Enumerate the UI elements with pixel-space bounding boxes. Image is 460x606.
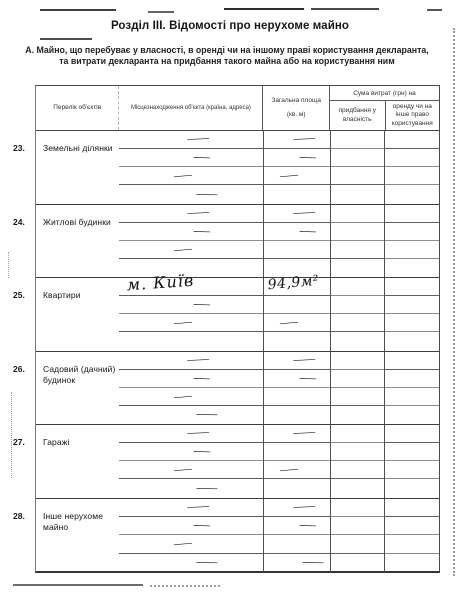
cell-location: — — — — <box>119 352 263 425</box>
table-row-apartments: 25. Квартири м. Київ — — 94,9м² — <box>36 278 439 352</box>
write-line <box>385 185 439 203</box>
write-line <box>385 278 439 296</box>
scan-artifact-line <box>427 9 442 11</box>
write-line: — <box>119 479 263 497</box>
dash-mark: — <box>172 539 193 551</box>
dash-mark: — <box>192 152 210 164</box>
subtitle-line-1: А. Майно, що перебуває у власності, в ор… <box>12 45 442 56</box>
row-label-cell: Земельні ділянки <box>36 131 119 204</box>
write-line <box>385 296 439 314</box>
write-line: — <box>264 499 330 517</box>
table-row-residential-houses: 24. Житлові будинки — — — — — <box>36 205 439 279</box>
cell-purchase <box>330 352 385 425</box>
row-number: 27. <box>13 437 25 447</box>
write-line: — <box>119 499 263 517</box>
dash-mark: — <box>172 171 193 183</box>
cell-area: — — — <box>263 131 330 204</box>
row-label-cell: Квартири <box>36 278 119 351</box>
write-line: — <box>264 554 330 572</box>
write-line <box>331 352 385 370</box>
scan-artifact-line <box>148 11 174 13</box>
write-line: — <box>119 167 263 185</box>
cell-area: — — <box>263 352 330 425</box>
cell-purchase <box>330 425 385 498</box>
write-line: — <box>264 149 330 167</box>
column-group-expenses: Сума витрат (грн) на придбання у власніс… <box>329 86 439 130</box>
write-line <box>331 554 385 572</box>
dash-mark: — <box>278 465 299 477</box>
write-line: — <box>119 314 263 332</box>
cell-rent <box>384 205 439 278</box>
write-line: — <box>264 131 330 149</box>
write-line: — <box>119 517 263 535</box>
write-line: — <box>119 443 263 461</box>
row-label: Садовий (дачний) будинок <box>43 364 115 385</box>
write-line <box>264 332 330 350</box>
row-label: Квартири <box>43 290 81 300</box>
property-table: Перелік об'єктів Місцезнаходження об'єкт… <box>35 85 440 573</box>
dash-mark: — <box>292 427 317 439</box>
write-line <box>385 370 439 388</box>
write-line: — <box>264 167 330 185</box>
write-line: — <box>264 205 330 223</box>
row-number: 23. <box>13 143 25 153</box>
write-line: — <box>119 535 263 553</box>
write-line <box>331 278 385 296</box>
cell-rent <box>384 131 439 204</box>
write-line <box>385 461 439 479</box>
table-header: Перелік об'єктів Місцезнаходження об'єкт… <box>36 86 439 131</box>
page-title: Розділ III. Відомості про нерухоме майно <box>30 20 430 32</box>
write-line <box>385 517 439 535</box>
write-line: — <box>119 149 263 167</box>
write-line <box>331 535 385 553</box>
dash-mark: — <box>298 520 316 532</box>
dash-mark: — <box>301 557 324 568</box>
write-line <box>331 149 385 167</box>
write-line: — <box>264 425 330 443</box>
write-line: — <box>119 370 263 388</box>
column-header-expenses-group: Сума витрат (грн) на <box>330 86 439 101</box>
row-label-cell: Садовий (дачний) будинок <box>36 352 119 425</box>
write-line <box>385 332 439 350</box>
table-row-garden-house: 26. Садовий (дачний) будинок — — — — — — <box>36 352 439 426</box>
write-line: — <box>119 425 263 443</box>
write-line <box>331 241 385 259</box>
write-line <box>264 388 330 406</box>
write-line <box>331 223 385 241</box>
dash-mark: — <box>172 465 193 477</box>
cell-rent <box>384 278 439 351</box>
scan-artifact-line <box>311 8 379 10</box>
column-header-objects: Перелік об'єктів <box>36 86 118 130</box>
row-label: Гаражі <box>43 437 69 447</box>
scan-artifact-dotted-line <box>8 252 9 278</box>
write-line: — <box>119 185 263 203</box>
write-line <box>385 241 439 259</box>
write-line <box>385 167 439 185</box>
dash-mark: — <box>292 133 317 145</box>
cell-purchase <box>330 278 385 351</box>
write-line <box>385 388 439 406</box>
dash-mark: — <box>186 501 211 513</box>
write-line <box>385 205 439 223</box>
column-header-purchase: придбання у власність <box>330 101 385 130</box>
dash-mark: — <box>186 427 211 439</box>
write-line: — <box>264 223 330 241</box>
dash-mark: — <box>298 373 316 385</box>
handwritten-location: м. Київ <box>126 271 195 295</box>
row-label: Інше нерухоме майно <box>43 511 103 532</box>
dash-mark: — <box>172 244 193 256</box>
write-line: — <box>119 296 263 314</box>
dash-mark: — <box>186 207 211 219</box>
column-header-location: Місцезнаходження об'єкта (країна, адреса… <box>118 86 262 130</box>
dash-mark: — <box>192 446 210 458</box>
row-number: 24. <box>13 217 25 227</box>
scan-artifact-line <box>224 8 304 10</box>
write-line <box>331 499 385 517</box>
dash-mark: — <box>298 152 316 164</box>
write-line <box>385 425 439 443</box>
table-row-garages: 27. Гаражі — — — — — — <box>36 425 439 499</box>
write-line <box>331 131 385 149</box>
column-header-area-line1: Загальна площа <box>271 97 321 106</box>
write-line <box>331 406 385 424</box>
write-line <box>385 499 439 517</box>
write-line <box>331 332 385 350</box>
write-line: — <box>119 223 263 241</box>
cell-location: — — — — <box>119 425 263 498</box>
dash-mark: — <box>292 354 317 366</box>
cell-area: — — <box>263 205 330 278</box>
write-line <box>385 352 439 370</box>
dash-mark: — <box>298 226 316 238</box>
write-line: — <box>264 352 330 370</box>
cell-purchase <box>330 205 385 278</box>
cell-rent <box>384 499 439 573</box>
dash-mark: — <box>192 520 210 532</box>
scan-artifact-line <box>13 584 143 586</box>
write-line <box>331 205 385 223</box>
write-line <box>331 296 385 314</box>
write-line: — <box>264 517 330 535</box>
section-a-subtitle: А. Майно, що перебуває у власності, в ор… <box>12 45 442 66</box>
write-line: — <box>119 131 263 149</box>
dash-mark: — <box>292 501 317 513</box>
dash-mark: — <box>192 299 210 311</box>
write-line <box>264 406 330 424</box>
write-line: 94,9м² <box>264 278 330 296</box>
cell-location: — — — — <box>119 499 263 573</box>
dash-mark: — <box>278 318 299 330</box>
dash-mark: — <box>195 189 218 200</box>
write-line <box>264 479 330 497</box>
row-number: 28. <box>13 511 25 521</box>
write-line <box>385 149 439 167</box>
write-line <box>331 479 385 497</box>
dash-mark: — <box>186 354 211 366</box>
row-number: 25. <box>13 290 25 300</box>
write-line <box>385 131 439 149</box>
row-label: Земельні ділянки <box>43 143 113 153</box>
write-line <box>264 241 330 259</box>
cell-purchase <box>330 499 385 573</box>
write-line <box>264 185 330 203</box>
dash-mark: — <box>172 391 193 403</box>
dash-mark: — <box>195 410 218 421</box>
write-line: — <box>119 241 263 259</box>
cell-location: м. Київ — — <box>119 278 263 351</box>
write-line <box>385 554 439 572</box>
dash-mark: — <box>195 557 218 568</box>
write-line <box>331 167 385 185</box>
write-line: — <box>119 388 263 406</box>
cell-area: — — — <box>263 499 330 573</box>
dash-mark: — <box>195 483 218 494</box>
row-label-cell: Житлові будинки <box>36 205 119 278</box>
write-line: — <box>119 352 263 370</box>
write-line <box>385 443 439 461</box>
write-line <box>331 425 385 443</box>
write-line <box>385 223 439 241</box>
write-line: — <box>119 554 263 572</box>
dash-mark: — <box>192 373 210 385</box>
write-line: — <box>264 370 330 388</box>
subtitle-line-2: та витрати декларанта на придбання таког… <box>12 56 442 67</box>
write-line <box>385 406 439 424</box>
row-label: Житлові будинки <box>43 217 111 227</box>
scanned-declaration-page: Розділ III. Відомості про нерухоме майно… <box>0 0 460 606</box>
cell-rent <box>384 425 439 498</box>
write-line <box>331 461 385 479</box>
write-line <box>331 443 385 461</box>
write-line <box>331 370 385 388</box>
table-row-land-plots: 23. Земельні ділянки — — — — — — — <box>36 131 439 205</box>
row-number: 26. <box>13 364 25 374</box>
write-line: м. Київ <box>119 278 263 296</box>
dash-mark: — <box>172 318 193 330</box>
write-line <box>264 443 330 461</box>
write-line: — <box>264 461 330 479</box>
expenses-subheaders: придбання у власність оренду чи на інше … <box>330 101 439 130</box>
scan-artifact-dotted-line <box>150 585 220 587</box>
write-line <box>331 517 385 535</box>
row-label-cell: Гаражі <box>36 425 119 498</box>
write-line <box>331 185 385 203</box>
write-line <box>264 535 330 553</box>
scan-artifact-line <box>40 9 116 11</box>
write-line: — <box>119 406 263 424</box>
write-line <box>331 388 385 406</box>
write-line: — <box>264 314 330 332</box>
write-line <box>331 314 385 332</box>
cell-location: — — — — <box>119 131 263 204</box>
cell-rent <box>384 352 439 425</box>
table-row-other-real-estate: 28. Інше нерухоме майно — — — — — — — <box>36 499 439 573</box>
write-line: — <box>119 205 263 223</box>
scan-artifact-dotted-line <box>453 28 455 576</box>
cell-area: — — <box>263 425 330 498</box>
dash-mark: — <box>292 207 317 219</box>
cell-location: — — — <box>119 205 263 278</box>
column-header-area: Загальна площа (кв. м) <box>262 86 329 130</box>
dash-mark: — <box>278 171 299 183</box>
write-line <box>385 259 439 277</box>
write-line <box>264 296 330 314</box>
column-header-area-line2: (кв. м) <box>287 111 306 120</box>
dash-mark: — <box>186 133 211 145</box>
scan-artifact-dotted-line <box>11 392 12 478</box>
column-header-rent: оренду чи на інше право користування <box>385 101 440 130</box>
write-line: — <box>119 461 263 479</box>
write-line <box>385 314 439 332</box>
write-line <box>119 332 263 350</box>
scan-artifact-line <box>40 38 92 40</box>
row-label-cell: Інше нерухоме майно <box>36 499 119 573</box>
dash-mark: — <box>192 226 210 238</box>
cell-area: 94,9м² — <box>263 278 330 351</box>
cell-purchase <box>330 131 385 204</box>
write-line <box>385 479 439 497</box>
write-line <box>331 259 385 277</box>
write-line <box>385 535 439 553</box>
